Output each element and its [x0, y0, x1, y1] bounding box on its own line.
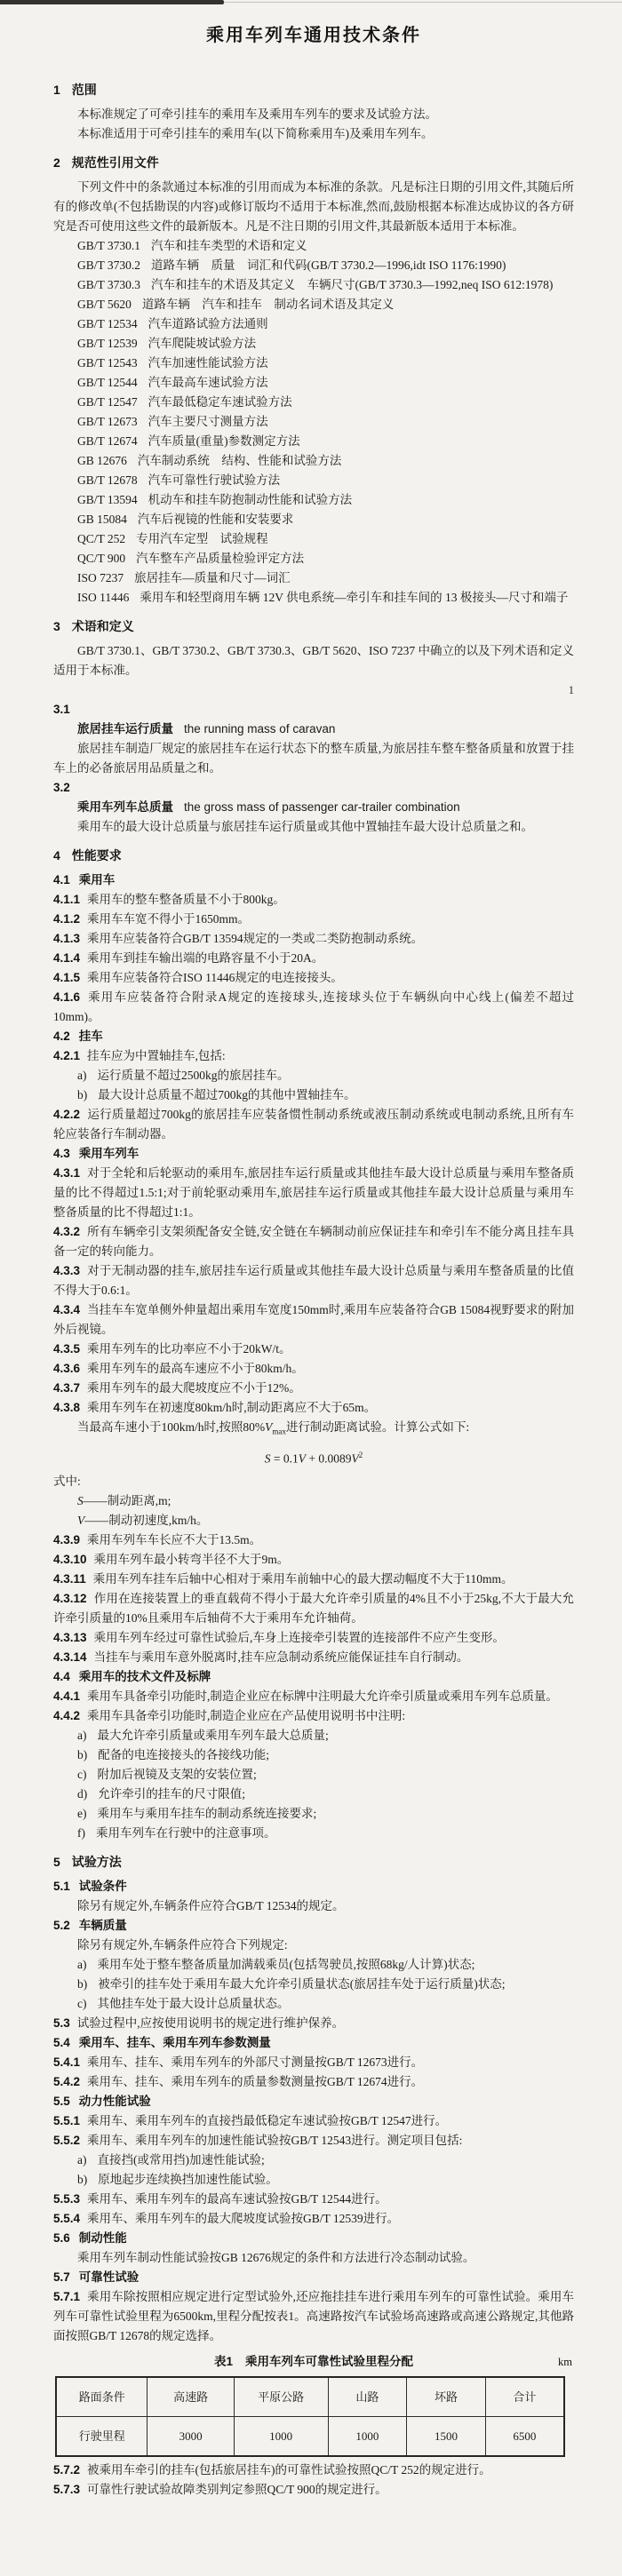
section-heading: 2规范性引用文件	[53, 153, 574, 172]
item-text: 配备的电连接接头的各接线功能;	[98, 1745, 269, 1765]
item-marker: c)	[77, 1994, 87, 2014]
reference-code: GB/T 12674	[77, 432, 138, 451]
clause: 4.3.4当挂车车宽单侧外伸量超出乘用车宽度150mm时,乘用车应装备符合GB …	[53, 1300, 574, 1340]
document-content: 乘用车列车通用技术条件 1范围本标准规定了可牵引挂车的乘用车及乘用车列车的要求及…	[0, 0, 622, 2500]
clause-number: 4.3.1	[53, 1166, 80, 1180]
reference-title: 汽车整车产品质量检验评定方法	[136, 549, 304, 568]
reference-item: GB/T 12678汽车可靠性行驶试验方法	[77, 471, 574, 490]
clause: 4.1.5乘用车应装备符合ISO 11446规定的电连接接头。	[53, 968, 574, 988]
term-line: 乘用车列车总质量the gross mass of passenger car-…	[77, 798, 574, 817]
paragraph-text: 旅居挂车制造厂规定的旅居挂车在运行状态下的整车质量,为旅居挂车整车整备质量和放置…	[53, 742, 574, 775]
item-marker: b)	[77, 2170, 87, 2190]
subsection-heading: 5.6制动性能	[53, 2229, 574, 2248]
item-marker: c)	[77, 1765, 87, 1785]
reference-item: GB/T 3730.1汽车和挂车类型的术语和定义	[77, 236, 574, 256]
formula-part: + 0.0089	[306, 1451, 352, 1465]
formula-part: S	[265, 1451, 271, 1465]
reference-title: 机动车和挂车防抱制动性能和试验方法	[148, 490, 353, 510]
subsection-number: 4.1	[53, 873, 70, 886]
clause: 4.2.1挂车应为中置轴挂车,包括:	[53, 1046, 574, 1066]
table-header-cell: 坏路	[407, 2377, 486, 2417]
section-heading: 1范围	[53, 80, 574, 99]
list-item: a)直接挡(或常用挡)加速性能试验;	[77, 2151, 574, 2170]
item-marker: d)	[77, 1785, 87, 1804]
reference-title: 汽车制动系统 结构、性能和试验方法	[138, 451, 342, 471]
subsection-heading: 5.4乘用车、挂车、乘用车列车参数测量	[53, 2033, 574, 2053]
item-text: 其他挂车处于最大设计总质量状态。	[98, 1994, 290, 2014]
section-heading: 4性能要求	[53, 846, 574, 865]
reference-title: 专用汽车定型 试验规程	[136, 529, 268, 549]
clause-text: 乘用车列车在初速度80km/h时,制动距离应不大于65m。	[87, 1401, 376, 1414]
variable-definition: V——制动初速度,km/h。	[77, 1511, 574, 1530]
clause-number: 5.5.3	[53, 2192, 80, 2206]
formula-part: V	[352, 1451, 359, 1465]
clause-number: 4.3.2	[53, 1225, 80, 1238]
clause-text: 乘用车列车经过可靠性试验后,车身上连接牵引装置的连接部件不应产生变形。	[94, 1631, 505, 1644]
section-number: 3	[53, 619, 60, 633]
subsection-heading: 5.7可靠性试验	[53, 2268, 574, 2287]
formula-part: 2	[359, 1451, 363, 1459]
list-item: a)最大允许牵引质量或乘用车列车最大总质量;	[77, 1726, 574, 1745]
subsection-heading: 5.1试验条件	[53, 1877, 574, 1896]
clause-number: 4.1.5	[53, 971, 80, 984]
definition-number-text: 3.2	[53, 781, 70, 794]
clause-number: 4.3.5	[53, 1342, 80, 1356]
reference-item: GB/T 12543汽车加速性能试验方法	[77, 354, 574, 373]
clause-number: 4.1.1	[53, 893, 80, 906]
list-item: e)乘用车与乘用车挂车的制动系统连接要求;	[77, 1804, 574, 1824]
reference-item: GB/T 12547汽车最低稳定车速试验方法	[77, 393, 574, 412]
subsection-number: 5.6	[53, 2231, 70, 2245]
clause-text: 乘用车到挂车输出端的电路容量不小于20A。	[87, 951, 323, 965]
formula-part: 进行制动距离试验。计算公式如下:	[286, 1420, 469, 1434]
reference-item: GB 15084汽车后视镜的性能和安装要求	[77, 510, 574, 529]
section-heading: 3术语和定义	[53, 616, 574, 636]
clause-text: 被乘用车牵引的挂车(包括旅居挂车)的可靠性试验按照QC/T 252的规定进行。	[87, 2463, 491, 2477]
reference-code: GB/T 5620	[77, 295, 132, 314]
list-item: c)其他挂车处于最大设计总质量状态。	[77, 1994, 574, 2014]
clause-text: 当挂车与乘用车意外脱离时,挂车应急制动系统应能保证挂车自行制动。	[94, 1650, 469, 1664]
clause-number: 4.3.6	[53, 1362, 80, 1375]
subsection-title: 试验条件	[79, 1880, 127, 1893]
subsection-number: 4.2	[53, 1030, 70, 1043]
item-text: 被牵引的挂车处于乘用车最大允许牵引质量状态(旅居挂车处于运行质量)状态;	[98, 1975, 505, 1994]
reference-item: GB/T 12544汽车最高车速试验方法	[77, 373, 574, 393]
clause-number: 5.3	[53, 2016, 70, 2030]
clause-number: 4.1.4	[53, 951, 80, 965]
reference-item: ISO 11446乘用车和轻型商用车辆 12V 供电系统—牵引车和挂车间的 13…	[77, 588, 574, 608]
paragraph: 本标准规定了可牵引挂车的乘用车及乘用车列车的要求及试验方法。	[53, 105, 574, 124]
subsection-number: 4.4	[53, 1670, 70, 1683]
clause-number: 4.3.9	[53, 1533, 80, 1546]
clause: 5.5.2乘用车、乘用车列车的加速性能试验按GB/T 12543进行。测定项目包…	[53, 2131, 574, 2151]
subsection-title: 可靠性试验	[79, 2270, 140, 2284]
paragraph-text: 除另有规定外,车辆条件应符合下列规定:	[77, 1938, 288, 1952]
table-cell: 1000	[328, 2417, 407, 2457]
clause-number: 4.3.3	[53, 1264, 80, 1277]
reference-title: 汽车最高车速试验方法	[148, 373, 268, 393]
reference-title: 汽车可靠性行驶试验方法	[148, 471, 281, 490]
subsection-number: 5.2	[53, 1919, 70, 1932]
clause-number: 4.3.4	[53, 1303, 80, 1316]
clause-number: 4.3.12	[53, 1592, 87, 1605]
reference-item: GB/T 13594机动车和挂车防抱制动性能和试验方法	[77, 490, 574, 510]
subsection-number: 5.7	[53, 2270, 70, 2284]
item-marker: a)	[77, 1726, 87, 1745]
table-header-cell: 路面条件	[56, 2377, 148, 2417]
formula-part: S	[77, 1494, 84, 1507]
item-text: 附加后视镜及支架的安装位置;	[98, 1765, 257, 1785]
clause-text: 可靠性行驶试验故障类别判定参照QC/T 900的规定进行。	[87, 2483, 387, 2496]
paragraph: 乘用车列车制动性能试验按GB 12676规定的条件和方法进行冷态制动试验。	[53, 2248, 574, 2268]
reference-code: GB/T 13594	[77, 490, 138, 510]
reference-code: QC/T 252	[77, 529, 125, 549]
clause-number: 4.3.8	[53, 1401, 80, 1414]
paragraph-text: 下列文件中的条款通过本标准的引用而成为本标准的条款。凡是标注日期的引用文件,其随…	[53, 180, 574, 233]
item-marker: a)	[77, 2151, 87, 2170]
item-text: 直接挡(或常用挡)加速性能试验;	[98, 2151, 265, 2170]
table-cell: 6500	[485, 2417, 564, 2457]
table-cell: 1500	[407, 2417, 486, 2457]
list-item: f)乘用车列车在行驶中的注意事项。	[77, 1824, 574, 1843]
table-header-cell: 山路	[328, 2377, 407, 2417]
paragraph: 下列文件中的条款通过本标准的引用而成为本标准的条款。凡是标注日期的引用文件,其随…	[53, 178, 574, 236]
page-number-text: 1	[569, 684, 574, 696]
table-header-cell: 高速路	[148, 2377, 234, 2417]
subsection-heading: 5.2车辆质量	[53, 1916, 574, 1936]
table-header-cell: 平原公路	[234, 2377, 328, 2417]
clause: 4.1.6乘用车应装备符合附录A规定的连接球头,连接球头位于车辆纵向中心线上(偏…	[53, 988, 574, 1027]
reference-item: GB 12676汽车制动系统 结构、性能和试验方法	[77, 451, 574, 471]
clause-text: 对于全轮和后轮驱动的乘用车,旅居挂车运行质量或其他挂车最大设计总质量与乘用车整备…	[53, 1166, 574, 1219]
formula: S = 0.1V + 0.0089V2	[53, 1445, 574, 1469]
reference-code: GB/T 12534	[77, 314, 138, 334]
clause: 4.1.4乘用车到挂车输出端的电路容量不小于20A。	[53, 949, 574, 968]
definition-number: 3.1	[53, 700, 574, 720]
section-number: 2	[53, 155, 60, 170]
paragraph: 乘用车的最大设计总质量与旅居挂车运行质量或其他中置轴挂车最大设计总质量之和。	[53, 817, 574, 837]
list-item: b)最大设计总质量不超过700kg的其他中置轴挂车。	[77, 1085, 574, 1105]
clause: 4.4.1乘用车具备牵引功能时,制造企业应在标牌中注明最大允许牵引质量或乘用车列…	[53, 1687, 574, 1706]
clause: 4.1.2乘用车车宽不得小于1650mm。	[53, 910, 574, 929]
clause-text: 乘用车具备牵引功能时,制造企业应在产品使用说明书中注明:	[87, 1709, 405, 1722]
subsection-title: 乘用车、挂车、乘用车列车参数测量	[79, 2036, 271, 2049]
item-marker: a)	[77, 1955, 87, 1975]
list-item: a)乘用车处于整车整备质量加满载乘员(包括驾驶员,按照68kg/人计算)状态;	[77, 1955, 574, 1975]
subsection-heading: 4.1乘用车	[53, 871, 574, 890]
clause-text: 运行质量超过700kg的旅居挂车应装备惯性制动系统或液压制动系统或电制动系统,且…	[53, 1108, 574, 1141]
clause-number: 4.4.2	[53, 1709, 80, 1722]
subsection-number: 5.5	[53, 2095, 70, 2108]
paragraph: GB/T 3730.1、GB/T 3730.2、GB/T 3730.3、GB/T…	[53, 641, 574, 680]
list-item: b)被牵引的挂车处于乘用车最大允许牵引质量状态(旅居挂车处于运行质量)状态;	[77, 1975, 574, 1994]
formula-part: = 0.1	[271, 1451, 299, 1465]
reference-item: GB/T 5620道路车辆 汽车和挂车 制动名词术语及其定义	[77, 295, 574, 314]
subsection-number: 5.1	[53, 1880, 70, 1893]
variable-definition: S——制动距离,m;	[77, 1491, 574, 1511]
clause-text: 乘用车列车挂车后轴中心相对于乘用车前轴中心的最大摆动幅度不大于110mm。	[93, 1572, 514, 1586]
clause-number: 5.7.2	[53, 2463, 80, 2477]
paragraph: 除另有规定外,车辆条件应符合下列规定:	[53, 1936, 574, 1955]
clause: 4.3.7乘用车列车的最大爬坡度应不小于12%。	[53, 1379, 574, 1398]
subsection-number: 5.4	[53, 2036, 70, 2049]
clause: 5.5.3乘用车、乘用车列车的最高车速试验按GB/T 12544进行。	[53, 2190, 574, 2209]
item-marker: b)	[77, 1745, 87, 1765]
reference-code: GB 12676	[77, 451, 127, 471]
clause: 4.3.9乘用车列车车长应不大于13.5m。	[53, 1530, 574, 1550]
clause: 5.4.1乘用车、挂车、乘用车列车的外部尺寸测量按GB/T 12673进行。	[53, 2053, 574, 2072]
definition-number-text: 3.1	[53, 703, 70, 716]
reference-code: GB/T 3730.1	[77, 236, 140, 256]
clause-text: 乘用车列车的最大爬坡度应不小于12%。	[87, 1381, 301, 1395]
document-title: 乘用车列车通用技术条件	[53, 23, 574, 48]
clause-text: 乘用车车宽不得小于1650mm。	[87, 912, 250, 926]
clause-text: 乘用车、乘用车列车的最大爬坡度试验按GB/T 12539进行。	[87, 2212, 399, 2225]
scan-artifact-bar	[0, 0, 224, 4]
clause-text: 作用在连接装置上的垂直载荷不得小于最大允许牵引质量的4%且不小于25kg,不大于…	[53, 1592, 574, 1625]
clause-number: 5.7.3	[53, 2483, 80, 2496]
section-title: 性能要求	[72, 848, 122, 863]
list-item: b)原地起步连续换挡加速性能试验。	[77, 2170, 574, 2190]
table-row: 行驶里程 3000 1000 1000 1500 6500	[56, 2417, 564, 2457]
list-item: c)附加后视镜及支架的安装位置;	[77, 1765, 574, 1785]
paragraph-text: GB/T 3730.1、GB/T 3730.2、GB/T 3730.3、GB/T…	[53, 644, 574, 677]
item-text: 运行质量不超过2500kg的旅居挂车。	[98, 1066, 290, 1085]
subsection-title: 乘用车的技术文件及标牌	[79, 1670, 211, 1683]
clause: 4.4.2乘用车具备牵引功能时,制造企业应在产品使用说明书中注明:	[53, 1706, 574, 1726]
paragraph-text: 本标准规定了可牵引挂车的乘用车及乘用车列车的要求及试验方法。	[77, 107, 437, 121]
formula-part: ——制动距离,m;	[84, 1494, 171, 1507]
clause: 4.3.6乘用车列车的最高车速应不小于80km/h。	[53, 1359, 574, 1379]
reference-code: GB/T 12673	[77, 412, 138, 432]
clause-text: 乘用车、乘用车列车的加速性能试验按GB/T 12543进行。测定项目包括:	[87, 2134, 462, 2147]
paragraph: 本标准适用于可牵引挂车的乘用车(以下简称乘用车)及乘用车列车。	[53, 124, 574, 144]
item-text: 最大允许牵引质量或乘用车列车最大总质量;	[98, 1726, 329, 1745]
paragraph-text: 式中:	[53, 1475, 81, 1488]
clause-number: 5.5.4	[53, 2212, 80, 2225]
section-title: 规范性引用文件	[72, 155, 159, 170]
clause: 5.7.2被乘用车牵引的挂车(包括旅居挂车)的可靠性试验按照QC/T 252的规…	[53, 2461, 574, 2480]
clause-number: 4.1.3	[53, 932, 80, 945]
table-cell: 1000	[234, 2417, 328, 2457]
clause-number: 4.3.13	[53, 1631, 87, 1644]
clause-number: 4.3.14	[53, 1650, 87, 1664]
clause-number: 4.2.1	[53, 1049, 80, 1062]
clause: 5.7.3可靠性行驶试验故障类别判定参照QC/T 900的规定进行。	[53, 2480, 574, 2500]
section-number: 4	[53, 848, 60, 863]
clause: 4.1.3乘用车应装备符合GB/T 13594规定的一类或二类防抱制动系统。	[53, 929, 574, 949]
reference-code: ISO 7237	[77, 568, 124, 588]
subsection-heading: 5.5动力性能试验	[53, 2092, 574, 2111]
reference-title: 乘用车和轻型商用车辆 12V 供电系统—牵引车和挂车间的 13 极接头—尺寸和端…	[140, 588, 568, 608]
item-text: 最大设计总质量不超过700kg的其他中置轴挂车。	[98, 1085, 355, 1105]
reference-title: 汽车加速性能试验方法	[148, 354, 268, 373]
reference-code: QC/T 900	[77, 549, 125, 568]
table-header-row: 路面条件 高速路 平原公路 山路 坏路 合计	[56, 2377, 564, 2417]
item-marker: b)	[77, 1975, 87, 1994]
subsection-title: 制动性能	[79, 2231, 127, 2245]
formula-part: 当最高车速小于100km/h时,按照80%	[77, 1420, 265, 1434]
clause-text: 乘用车应装备符合附录A规定的连接球头,连接球头位于车辆纵向中心线上(偏差不超过1…	[53, 990, 574, 1023]
clause-number: 5.5.1	[53, 2114, 80, 2127]
clause-number: 5.7.1	[53, 2290, 80, 2303]
reference-item: GB/T 3730.3汽车和挂车的术语及其定义 车辆尺寸(GB/T 3730.3…	[77, 275, 574, 295]
clause: 4.3.14当挂车与乘用车意外脱离时,挂车应急制动系统应能保证挂车自行制动。	[53, 1648, 574, 1667]
clause: 4.3.3对于无制动器的挂车,旅居挂车运行质量或其他挂车最大设计总质量与乘用车整…	[53, 1261, 574, 1300]
reference-item: QC/T 252专用汽车定型 试验规程	[77, 529, 574, 549]
term-english: the gross mass of passenger car-trailer …	[184, 800, 460, 814]
clause-text: 挂车应为中置轴挂车,包括:	[87, 1049, 226, 1062]
clause: 4.3.10乘用车列车最小转弯半径不大于9m。	[53, 1550, 574, 1570]
clause-number: 4.3.7	[53, 1381, 80, 1395]
clause: 4.1.1乘用车的整车整备质量不小于800kg。	[53, 890, 574, 910]
reference-title: 汽车后视镜的性能和安装要求	[138, 510, 294, 529]
term-chinese: 旅居挂车运行质量	[77, 722, 173, 735]
clause-number: 4.2.2	[53, 1108, 80, 1121]
clause-number: 4.3.10	[53, 1553, 87, 1566]
section-heading: 5试验方法	[53, 1852, 574, 1872]
section-title: 范围	[72, 83, 97, 97]
clause: 5.7.1乘用车除按照相应规定进行定型试验外,还应拖挂挂车进行乘用车列车的可靠性…	[53, 2287, 574, 2346]
reference-code: GB 15084	[77, 510, 127, 529]
reference-item: GB/T 12674汽车质量(重量)参数测定方法	[77, 432, 574, 451]
subsection-title: 车辆质量	[79, 1919, 127, 1932]
item-text: 允许牵引的挂车的尺寸限值;	[98, 1785, 245, 1804]
definition-number: 3.2	[53, 778, 574, 798]
clause-text: 乘用车具备牵引功能时,制造企业应在标牌中注明最大允许牵引质量或乘用车列车总质量。	[87, 1690, 558, 1703]
clause-text: 试验过程中,应按使用说明书的规定进行维护保养。	[77, 2016, 344, 2030]
clause: 5.5.4乘用车、乘用车列车的最大爬坡度试验按GB/T 12539进行。	[53, 2209, 574, 2229]
paragraph: 式中:	[53, 1472, 574, 1491]
term-line: 旅居挂车运行质量the running mass of caravan	[77, 720, 574, 739]
clause: 5.5.1乘用车、乘用车列车的直接挡最低稳定车速试验按GB/T 12547进行。	[53, 2111, 574, 2131]
reference-title: 汽车最低稳定车速试验方法	[148, 393, 292, 412]
term-chinese: 乘用车列车总质量	[77, 800, 173, 814]
reference-code: GB/T 12547	[77, 393, 138, 412]
paragraph-text: 乘用车的最大设计总质量与旅居挂车运行质量或其他中置轴挂车最大设计总质量之和。	[77, 820, 533, 833]
clause-text: 当挂车车宽单侧外伸量超出乘用车宽度150mm时,乘用车应装备符合GB 15084…	[53, 1303, 574, 1336]
clause-number: 4.1.6	[53, 990, 80, 1004]
reference-title: 汽车主要尺寸测量方法	[148, 412, 268, 432]
clause-text: 乘用车的整车整备质量不小于800kg。	[87, 893, 285, 906]
item-marker: f)	[77, 1824, 85, 1843]
clause-number: 4.1.2	[53, 912, 80, 926]
clause-text: 对于无制动器的挂车,旅居挂车运行质量或其他挂车最大设计总质量与乘用车整备质量的比…	[53, 1264, 574, 1297]
item-marker: e)	[77, 1804, 87, 1824]
document-page: 乘用车列车通用技术条件 1范围本标准规定了可牵引挂车的乘用车及乘用车列车的要求及…	[0, 0, 622, 2576]
clause-text: 乘用车应装备符合ISO 11446规定的电连接接头。	[87, 971, 343, 984]
table-title: 乘用车列车可靠性试验里程分配	[245, 2355, 413, 2368]
clause: 4.2.2运行质量超过700kg的旅居挂车应装备惯性制动系统或液压制动系统或电制…	[53, 1105, 574, 1144]
clause-text: 乘用车应装备符合GB/T 13594规定的一类或二类防抱制动系统。	[87, 932, 423, 945]
table-caption: 表1乘用车列车可靠性试验里程分配 km	[53, 2351, 574, 2373]
clause-text: 乘用车、挂车、乘用车列车的外部尺寸测量按GB/T 12673进行。	[87, 2055, 423, 2069]
subsection-heading: 4.2挂车	[53, 1027, 574, 1046]
clause: 4.3.12作用在连接装置上的垂直载荷不得小于最大允许牵引质量的4%且不小于25…	[53, 1589, 574, 1628]
clause-number: 4.3.11	[53, 1572, 86, 1586]
clause-number: 4.4.1	[53, 1690, 80, 1703]
reference-title: 旅居挂车—质量和尺寸—词汇	[134, 568, 291, 588]
reference-title: 道路车辆 质量 词汇和代码(GB/T 3730.2—1996,idt ISO 1…	[151, 256, 506, 275]
reference-code: GB/T 3730.3	[77, 275, 140, 295]
reference-title: 汽车质量(重量)参数测定方法	[148, 432, 300, 451]
document-body-part1: 1范围本标准规定了可牵引挂车的乘用车及乘用车列车的要求及试验方法。本标准适用于可…	[53, 80, 574, 2346]
subsection-title: 动力性能试验	[79, 2095, 151, 2108]
item-text: 原地起步连续换挡加速性能试验。	[98, 2170, 278, 2190]
reference-code: GB/T 3730.2	[77, 256, 140, 275]
page-number: 1	[53, 680, 574, 700]
mileage-table: 路面条件 高速路 平原公路 山路 坏路 合计 行驶里程 3000 1000 10…	[55, 2376, 565, 2457]
reference-item: QC/T 900汽车整车产品质量检验评定方法	[77, 549, 574, 568]
reference-title: 汽车和挂车的术语及其定义 车辆尺寸(GB/T 3730.3—1992,neq I…	[151, 275, 553, 295]
list-item: a)运行质量不超过2500kg的旅居挂车。	[77, 1066, 574, 1085]
reference-title: 汽车和挂车类型的术语和定义	[151, 236, 307, 256]
clause: 4.3.1对于全轮和后轮驱动的乘用车,旅居挂车运行质量或其他挂车最大设计总质量与…	[53, 1164, 574, 1222]
list-item: b)配备的电连接接头的各接线功能;	[77, 1745, 574, 1765]
table-unit: km	[558, 2351, 572, 2373]
item-marker: b)	[77, 1085, 87, 1105]
clause: 4.3.2所有车辆牵引支架须配备安全链,安全链在车辆制动前应保证挂车和牵引车不能…	[53, 1222, 574, 1261]
reference-item: ISO 7237旅居挂车—质量和尺寸—词汇	[77, 568, 574, 588]
clause-text: 乘用车列车的比功率应不小于20kW/t。	[87, 1342, 291, 1356]
section-title: 试验方法	[72, 1855, 122, 1869]
item-marker: a)	[77, 1066, 87, 1085]
section-number: 5	[53, 1855, 60, 1869]
reference-code: GB/T 12543	[77, 354, 138, 373]
clause-number: 5.5.2	[53, 2134, 80, 2147]
clause: 4.3.13乘用车列车经过可靠性试验后,车身上连接牵引装置的连接部件不应产生变形…	[53, 1628, 574, 1648]
reference-item: GB/T 3730.2道路车辆 质量 词汇和代码(GB/T 3730.2—199…	[77, 256, 574, 275]
table-cell: 3000	[148, 2417, 234, 2457]
subsection-heading: 4.3乘用车列车	[53, 1144, 574, 1164]
term-english: the running mass of caravan	[184, 722, 335, 735]
formula-part: max	[272, 1427, 286, 1436]
subsection-title: 乘用车	[79, 873, 116, 886]
clause-text: 乘用车列车最小转弯半径不大于9m。	[94, 1553, 290, 1566]
clause-text: 乘用车、乘用车列车的最高车速试验按GB/T 12544进行。	[87, 2192, 387, 2206]
clause-text: 乘用车列车的最高车速应不小于80km/h。	[87, 1362, 304, 1375]
reference-item: GB/T 12539汽车爬陡坡试验方法	[77, 334, 574, 354]
reference-title: 汽车爬陡坡试验方法	[148, 334, 257, 354]
table-cell: 行驶里程	[56, 2417, 148, 2457]
reference-code: GB/T 12539	[77, 334, 138, 354]
formula-part: ——制动初速度,km/h。	[84, 1514, 208, 1527]
reference-item: GB/T 12673汽车主要尺寸测量方法	[77, 412, 574, 432]
clause-text: 所有车辆牵引支架须配备安全链,安全链在车辆制动前应保证挂车和牵引车不能分离且挂车…	[53, 1225, 574, 1258]
formula-part: V	[299, 1451, 306, 1465]
clause: 4.3.11乘用车列车挂车后轴中心相对于乘用车前轴中心的最大摆动幅度不大于110…	[53, 1570, 574, 1589]
reference-code: GB/T 12678	[77, 471, 138, 490]
reference-item: GB/T 12534汽车道路试验方法通则	[77, 314, 574, 334]
clause-text: 乘用车除按照相应规定进行定型试验外,还应拖挂挂车进行乘用车列车的可靠性试验。乘用…	[53, 2290, 574, 2342]
item-text: 乘用车列车在行驶中的注意事项。	[96, 1824, 276, 1843]
item-text: 乘用车与乘用车挂车的制动系统连接要求;	[98, 1804, 317, 1824]
reference-title: 汽车道路试验方法通则	[148, 314, 268, 334]
paragraph-text: 本标准适用于可牵引挂车的乘用车(以下简称乘用车)及乘用车列车。	[77, 127, 434, 140]
table-label: 表1	[214, 2355, 233, 2368]
table-header-cell: 合计	[485, 2377, 564, 2417]
subsection-heading: 4.4乘用车的技术文件及标牌	[53, 1667, 574, 1687]
list-item: d)允许牵引的挂车的尺寸限值;	[77, 1785, 574, 1804]
clause-text: 乘用车、挂车、乘用车列车的质量参数测量按GB/T 12674进行。	[87, 2075, 423, 2088]
section-title: 术语和定义	[72, 619, 134, 633]
clause: 5.4.2乘用车、挂车、乘用车列车的质量参数测量按GB/T 12674进行。	[53, 2072, 574, 2092]
item-text: 乘用车处于整车整备质量加满载乘员(包括驾驶员,按照68kg/人计算)状态;	[98, 1955, 475, 1975]
reference-code: GB/T 12544	[77, 373, 138, 393]
subsection-title: 挂车	[79, 1030, 103, 1043]
paragraph: 除另有规定外,车辆条件应符合GB/T 12534的规定。	[53, 1896, 574, 1916]
paragraph: 旅居挂车制造厂规定的旅居挂车在运行状态下的整车质量,为旅居挂车整车整备质量和放置…	[53, 739, 574, 778]
